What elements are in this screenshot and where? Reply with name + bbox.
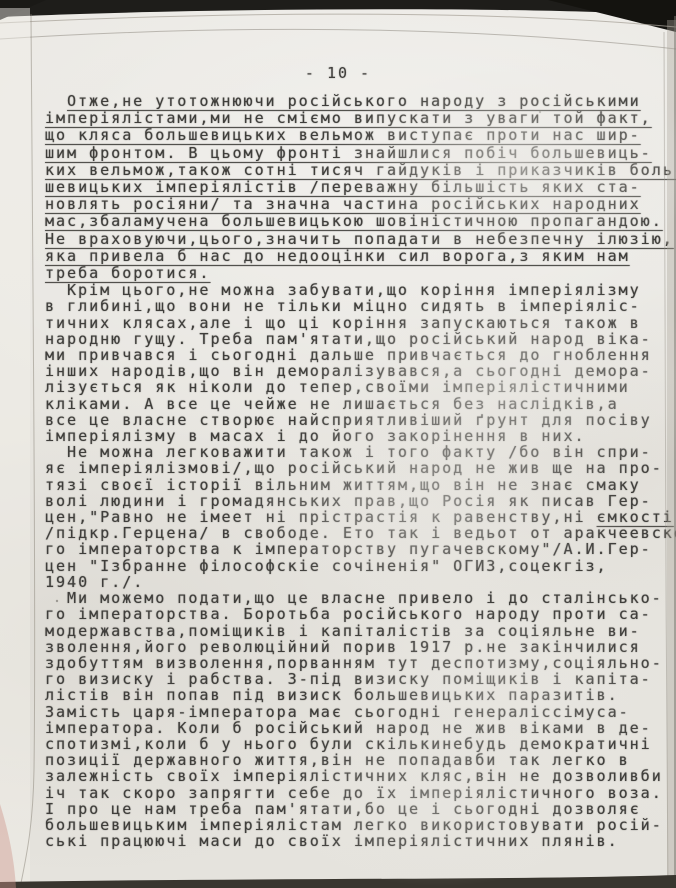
text-line: імператора. Коли б російський народ не ж… [45,720,676,736]
text-line: шевицьких імперіялістів /переважну більш… [45,179,676,196]
text-line: большевицьким імперіялістам легко викори… [45,817,676,833]
paragraph: Крім цього,не можна забувати,що коріння … [45,282,676,444]
text-line: іч так скоро запрягти себе до їх імперія… [45,785,676,801]
text-line: Замість царя-імператора має сьогодні ген… [45,704,676,720]
text-line: в глибині,що вони не тільки міцно сидять… [45,298,676,314]
text-line: ми привчався і сьогодні дальше привчаєть… [45,347,676,363]
text-line: яє імперіялізмові/,що російський народ н… [45,460,676,476]
page-number: - 10 - [0,64,676,82]
scanned-document-page: - 10 - Отже,не утотожнюючи російського н… [0,0,676,888]
text-line: все це власне створює найсприятливіший ґ… [45,412,676,428]
text-line: кліками. А все це чейже не лишається без… [45,396,676,412]
text-line: імперіялізму в масах і до його закорінен… [45,428,676,444]
text-line: яка привела б нас до недооцінки сил воро… [45,248,676,265]
text-line: го імператорства. Боротьба російського н… [45,606,676,622]
text-line: го визиску і рабства. З-під визиску помі… [45,671,676,687]
text-line: здобуттям визволення,порванням тут деспо… [45,655,676,671]
text-line: імперіялістами,ми не сміємо випускати з … [45,110,676,127]
text-line: мас,збаламучена большевицькою шовіністич… [45,213,676,230]
text-line: цен,"Равно не імеет ні прістрастія к рав… [45,509,676,525]
text-line: інших народів,що він деморалізувався,а с… [45,363,676,379]
text-line: /підкр.Герцена/ в свободе. Ето так і вед… [45,525,676,541]
text-line: волі людини і громадянських прав,що Росі… [45,493,676,509]
paragraph: Ми можемо подати,що це власне привело і … [45,590,676,849]
text-line: тязі своєї історії вільним життям,що він… [45,477,676,493]
paragraph: Не можна легковажити також і того факту … [45,444,676,590]
text-line: тичних клясах,але і що ці коріння запуск… [45,315,676,331]
text-line: Крім цього,не можна забувати,що коріння … [45,282,676,298]
text-line: Не враховуючи,цього,значить попадати в н… [45,231,676,248]
text-line: зволення,його революційний порив 1917 р.… [45,639,676,655]
text-line: шим фронтом. В цьому фронті знайшлися по… [45,145,676,162]
text-line: цен "Ізбранне філософскіе сочіненія" ОГИ… [45,558,676,574]
text-line: лістів він попав під визиск большевицьки… [45,687,676,703]
text-line: що кляса большевицьких вельмож виступає … [45,127,676,144]
text-line: лізується як ніколи до тепер,своїми імпе… [45,379,676,395]
document-text: Отже,не утотожнюючи російського народу з… [45,93,676,849]
text-line: Ми можемо подати,що це власне привело і … [45,590,676,606]
text-line: 1940 г./. [45,574,676,590]
text-line: новлять росіяни/ та значна частина росій… [45,196,676,213]
paragraph: Отже,не утотожнюючи російського народу з… [45,93,676,282]
text-line: го імператорства к імператорству пугачев… [45,541,676,557]
text-line: І про це нам треба пам'ятати,бо це і сьо… [45,801,676,817]
text-line: Отже,не утотожнюючи російського народу з… [45,93,676,110]
text-line: спотизмі,коли б у нього були скількинебу… [45,736,676,752]
text-line: треба боротися. [45,265,676,282]
text-line: народню гущу. Треба пам'ятати,що російсь… [45,331,676,347]
text-line: модержавства,поміщиків і капіталістів за… [45,623,676,639]
text-line: позиції державного життя,він не попадавб… [45,752,676,768]
text-line: ські працюючі маси до своїх імперіялісти… [45,833,676,849]
text-line: ких вельмож,також сотні тисяч гайдуків і… [45,162,676,179]
text-line: залежність своїх імперіялістичних кляс,в… [45,768,676,784]
